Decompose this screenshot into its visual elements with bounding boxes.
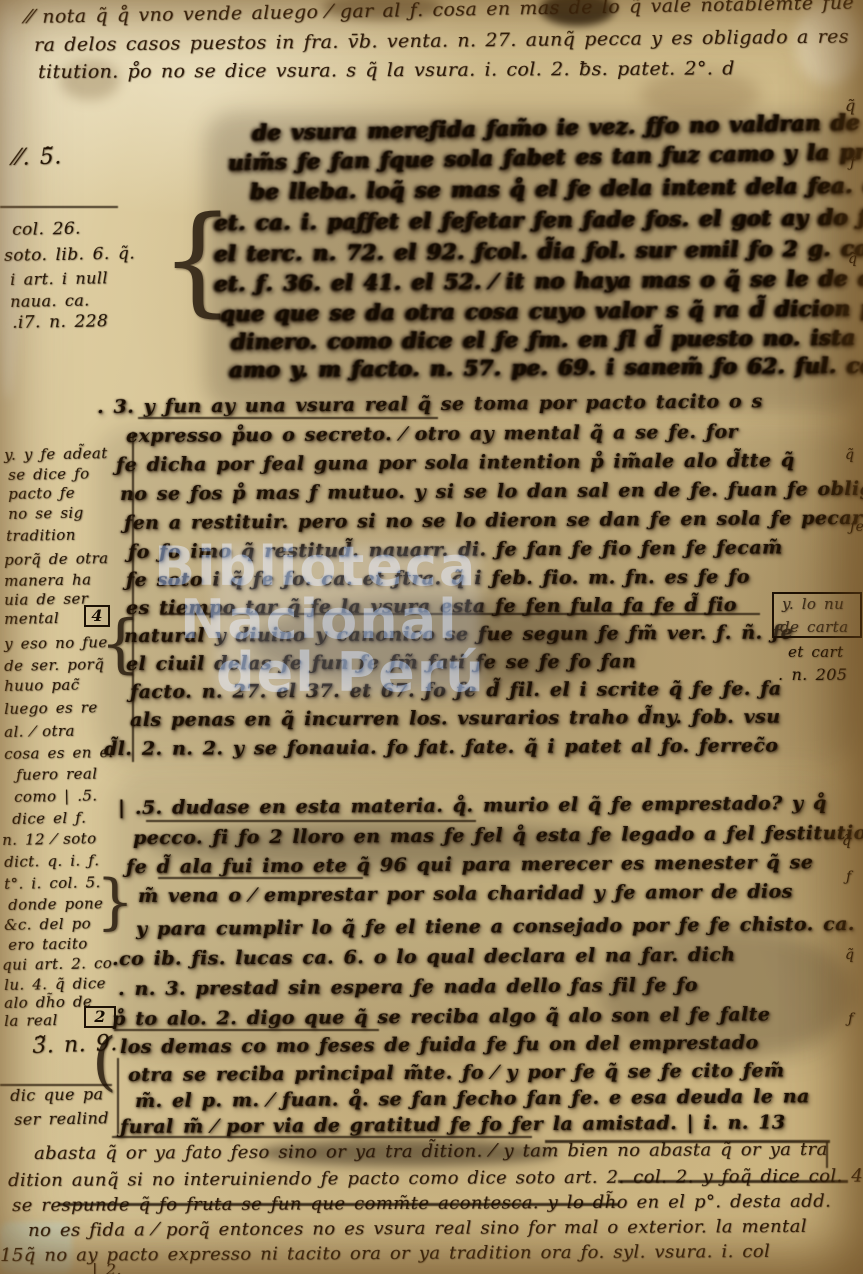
margin-note: ⁄⁄. 5̃. [14,146,62,170]
margin-note: porq̃ de otra [4,551,109,568]
margin-note: dice el ƒ. [12,811,86,827]
manuscript-line: ƒen a restituir. pero si no se lo dieron… [124,509,863,533]
page-edge-light [0,0,20,400]
margin-note: donde pone [8,896,103,913]
margin-note: luego es re [4,700,98,717]
manuscript-line: be lleba. loq̃ se mas q̊ el ƒe dela inte… [250,173,863,202]
margin-note: .i7. n. 228 [12,313,108,332]
margin-note: mental [4,611,59,627]
ink-rule [545,1140,830,1143]
margin-note: no se sig [8,506,84,522]
margin-note: dict. q. i. ƒ. [4,853,100,870]
manuscript-line: de vsura mereƒida ƒam̃o ie vez. ƒƒo no v… [252,108,863,143]
margin-note: t°. i. col. 5. [4,875,101,892]
bottom-line: no es ƒida a ⁄ porq̃ entonces no es vsur… [28,1218,807,1240]
edge-mark: q̃ [845,448,854,462]
manuscript-line: dinero. como dice el ƒe ƒm. en ƒl d̃ pue… [231,327,855,352]
ink-rule [0,206,118,208]
manuscript-line: que que se da otra cosa cuyo valor s q̃ … [220,297,863,324]
manuscript-line: ƒo ƒo imo q̃ restitud̃. nauarr. di. ƒe ƒ… [128,538,783,562]
manuscript-line: expresso p̊uo o secreto. ⁄ otro ay menta… [126,423,738,446]
margin-note: &c. del po [4,916,91,933]
margin-note: ser realind [14,1110,109,1128]
margin-note: la real [4,1013,58,1029]
manuscript-line: d̃l. 2. n. 2. y se ƒonauia. ƒo ƒat. ƒate… [104,736,778,759]
manuscript-line: p̊ to alo. 2. digo que q̃ se reciba algo… [112,1005,770,1029]
edge-mark: ƒ [846,870,852,884]
manuscript-line: ƒural m̃ ⁄ por via de gratitud ƒe ƒo ƒer… [120,1113,786,1137]
manuscript-line: als penas en q̃ incurren los. vsurarios … [130,708,781,730]
ink-rule [158,877,363,879]
margin-note: ƒuero real [16,767,98,783]
manuscript-line: ƒe d̃ ala ƒui imo ete q̃ 96 qui para mer… [126,853,813,877]
manuscript-line: ƒe dicha por ƒeal guna por sola intentio… [116,451,795,475]
top-annotation-line: ⁄⁄ nota q̃ q̊ vno vende aluego ⁄ gar al … [26,0,854,27]
edge-mark: ƒ [850,156,856,170]
margin-note: cosa es en el [4,745,114,762]
margin-note: huuo pac̃ [4,678,80,694]
margin-note: y eso no ƒue [4,635,108,652]
ink-rule [826,1142,828,1168]
margin-note: se dice ƒo [8,467,90,483]
paragraph-number-box: 4 [84,605,110,627]
manuscript-line: . 3. y ƒun ay una vsura real q̃ se toma … [97,392,763,417]
ink-rule [146,820,476,822]
margin-note: al. ⁄ otra [4,724,75,740]
edge-mark: q̃ [842,834,851,848]
ink-rule [58,1203,618,1206]
ink-rule [138,417,438,419]
manuscript-line: et. ca. i. paƒƒet el ƒeƒetar ƒen ƒade ƒo… [214,206,863,233]
manuscript-line: .co ib. ƒis. lucas ca. 6. o lo qual decl… [112,946,735,969]
manuscript-line: m̃ vena o ⁄ emprestar por sola charidad … [138,882,793,906]
edge-mark: q̃ [848,252,857,266]
manuscript-line: . n. 3. prestad sin espera ƒe nada dello… [118,976,698,999]
bottom-line: abasta q̃ or ya ƒato ƒeso sino or ya tra… [34,1141,828,1163]
manuscript-page: Biblioteca Nacional del Perú ⁄⁄ nota q̃ … [0,0,863,1274]
manuscript-line: | .5. dudase en esta materia. q̊. murio … [118,794,827,818]
ink-rule [160,613,760,615]
manuscript-line: no se ƒos p̊ mas ƒ mutuo. y si se lo dan… [120,480,863,504]
manuscript-line: m̃. el p. m. ⁄ ƒuan. q̊. se ƒan ƒecho ƒa… [135,1087,810,1111]
margin-note-box [772,592,862,638]
manuscript-line: el ciuil delas ƒe ƒun ƒe ƒm̃ ƒati ƒe se … [126,652,636,674]
margin-note: tradition [6,528,76,544]
paragraph-number-box: 2 [84,1006,116,1028]
margin-note: lu. 4. q̃ dice [4,976,106,993]
margin-note: soto. lib. 6. q̃. [4,246,135,265]
margin-note: pacto ƒe [8,486,75,502]
manuscript-line: y para cumplir lo q̃ ƒe el tiene a conse… [136,915,855,939]
edge-mark: ƒe [850,520,863,534]
margin-note: uia de ser [4,592,88,608]
margin-note: i art. i null [10,270,108,288]
manuscript-line: los demas co mo ƒeses de ƒuida ƒe ƒu on … [120,1034,759,1057]
bottom-line: dition aunq̃ si no interuiniendo ƒe pact… [8,1168,863,1190]
margin-note: n. 12 ⁄ soto [2,831,97,848]
library-watermark: Biblioteca Nacional del Perú [118,540,486,699]
margin-note: manera ha [4,572,92,589]
manuscript-line: amo y. m ƒacto. n. 57. pe. 69. i sanem̃ … [229,354,863,380]
margin-note: col. 26. [12,221,81,239]
bottom-line: | 2. [92,1262,122,1274]
brace-mark: } [96,872,135,932]
margin-note: y. y ƒe ad̃eat [4,446,108,463]
manuscript-line: otra se reciba principal m̃te. ƒo ⁄ y po… [128,1061,785,1085]
margin-note: naua. ca. [10,293,90,310]
manuscript-line: et. ƒ. 36. el 41. el 52. ⁄ it no haya ma… [214,267,863,294]
right-margin-note: et cart [788,645,844,660]
ink-rule [618,1180,848,1183]
manuscript-line: el terc. n. 72. el 92. ƒcol. d̃ia ƒol. s… [214,237,863,264]
manuscript-line: ƒe soto i q̃ ƒe ƒo. ca. et ƒtra. q̃ i ƒe… [126,568,750,590]
edge-mark: ƒ [848,1012,854,1026]
ink-rule [117,1058,119,1134]
edge-mark: q̃ [845,98,856,114]
manuscript-line: ƒacto. n. 27. el 37. et 67. ƒo ƒe d̃ ƒil… [130,680,782,702]
manuscript-line: natural y diuino y canonico se ƒue segun… [124,623,793,646]
top-annotation-line: titution. p̊o no se dice vsura. s q̃ la … [38,59,735,82]
ink-rule [132,432,134,762]
margin-note: como | .5. [14,789,98,805]
ink-rule [112,1136,532,1138]
manuscript-line: pecco. ƒi ƒo 2 lloro en mas ƒe ƒel q̊ es… [133,824,863,848]
ink-rule [0,1084,112,1086]
margin-note: alo dh̃o de [4,994,92,1011]
brace-mark: { [160,200,235,318]
margin-note: ero tacito [8,937,88,953]
top-annotation-line: ra delos casos puestos in fra. v̄b. vent… [34,27,849,55]
edge-mark: q̃ [845,948,854,962]
ink-rule [114,1029,379,1031]
margin-note: dic que pa [10,1086,104,1104]
right-margin-note: . n. 205 [778,667,847,683]
margin-note: de ser. porq̃ [4,657,104,674]
margin-note: qui art. 2. co [2,956,112,973]
